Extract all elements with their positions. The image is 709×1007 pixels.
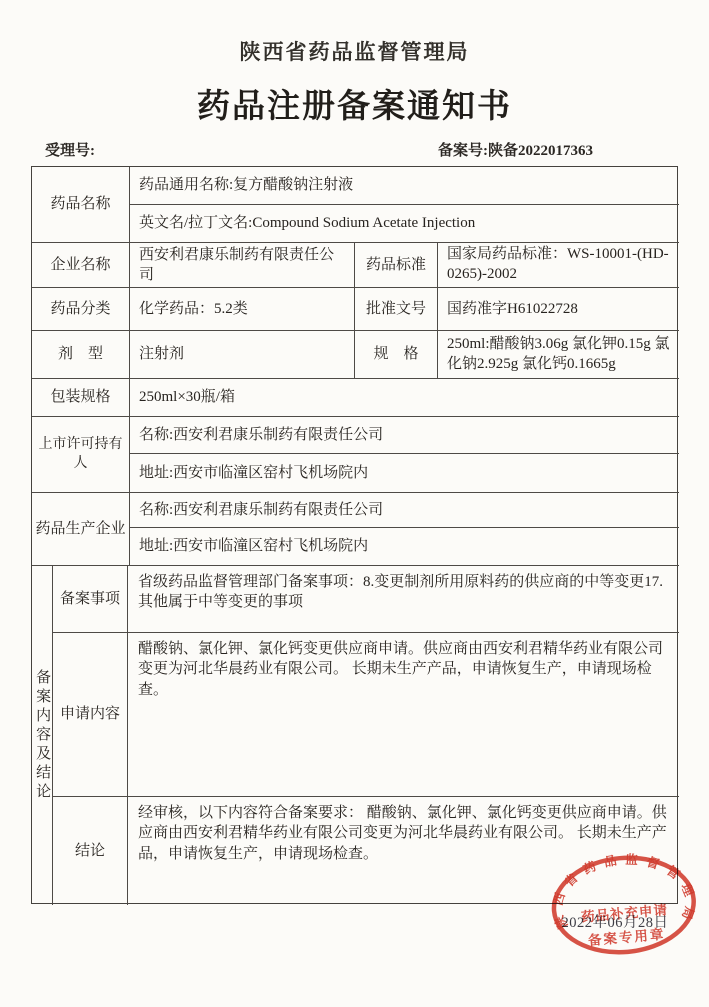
filing-section-vertical-label: 备案内容及结论 <box>32 566 53 905</box>
holder-address-value: 地址:西安市临潼区窑村飞机场院内 <box>130 454 679 493</box>
classification-label: 药品分类 <box>32 288 130 331</box>
package-spec-label: 包装规格 <box>32 379 130 417</box>
seal-date: 2022年06月28日 <box>557 911 673 932</box>
standard-value: 国家局药品标准：WS-10001-(HD-0265)-2002 <box>438 243 679 288</box>
approval-number-value: 国药准字H61022728 <box>438 288 679 331</box>
manufacturer-address-value: 地址:西安市临潼区窑村飞机场院内 <box>130 528 679 566</box>
manufacturer-name-value: 名称:西安利君康乐制药有限责任公司 <box>130 493 679 528</box>
filing-number-label: 备案号: <box>438 143 488 159</box>
conclusion-value: 经审核，以下内容符合备案要求： 醋酸钠、氯化钾、氯化钙变更供应商申请。供应商由西… <box>128 797 679 905</box>
specification-value: 250ml:醋酸钠3.06g 氯化钾0.15g 氯化钠2.925g 氯化钙0.1… <box>438 331 679 379</box>
generic-name-value: 药品通用名称:复方醋酸钠注射液 <box>130 167 679 205</box>
drug-name-label: 药品名称 <box>32 167 130 243</box>
authority-title: 陕西省药品监督管理局 <box>0 36 709 66</box>
classification-value: 化学药品：5.2类 <box>130 288 355 331</box>
holder-name-value: 名称:西安利君康乐制药有限责任公司 <box>130 417 679 454</box>
approval-number-label: 批准文号 <box>355 288 438 331</box>
dosage-form-label: 剂 型 <box>32 331 130 379</box>
filing-number: 备案号:陕备2022017363 <box>438 139 593 160</box>
filing-number-value: 陕备2022017363 <box>488 143 593 159</box>
standard-label: 药品标准 <box>355 243 438 288</box>
registration-table: 药品名称 药品通用名称:复方醋酸钠注射液 英文名/拉丁文名:Compound S… <box>31 166 678 904</box>
company-label: 企业名称 <box>32 243 130 288</box>
filing-items-value: 省级药品监督管理部门备案事项：8.变更制剂所用原料药的供应商的中等变更17.其他… <box>128 566 679 633</box>
package-spec-value: 250ml×30瓶/箱 <box>130 379 679 417</box>
document-page: 陕西省药品监督管理局 药品注册备案通知书 受理号: 备案号:陕备20220173… <box>0 0 709 1007</box>
holder-label: 上市许可持有人 <box>32 417 130 493</box>
english-name-value: 英文名/拉丁文名:Compound Sodium Acetate Injecti… <box>130 205 679 243</box>
acceptance-number-label: 受理号: <box>45 139 95 160</box>
filing-items-label: 备案事项 <box>53 566 128 633</box>
manufacturer-label: 药品生产企业 <box>32 493 130 566</box>
application-content-label: 申请内容 <box>53 633 128 797</box>
company-value: 西安利君康乐制药有限责任公司 <box>130 243 355 288</box>
specification-label: 规 格 <box>355 331 438 379</box>
document-title: 药品注册备案通知书 <box>0 80 709 127</box>
dosage-form-value: 注射剂 <box>130 331 355 379</box>
conclusion-label: 结论 <box>53 797 128 905</box>
application-content-value: 醋酸钠、氯化钾、氯化钙变更供应商申请。供应商由西安利君精华药业有限公司变更为河北… <box>128 633 679 797</box>
